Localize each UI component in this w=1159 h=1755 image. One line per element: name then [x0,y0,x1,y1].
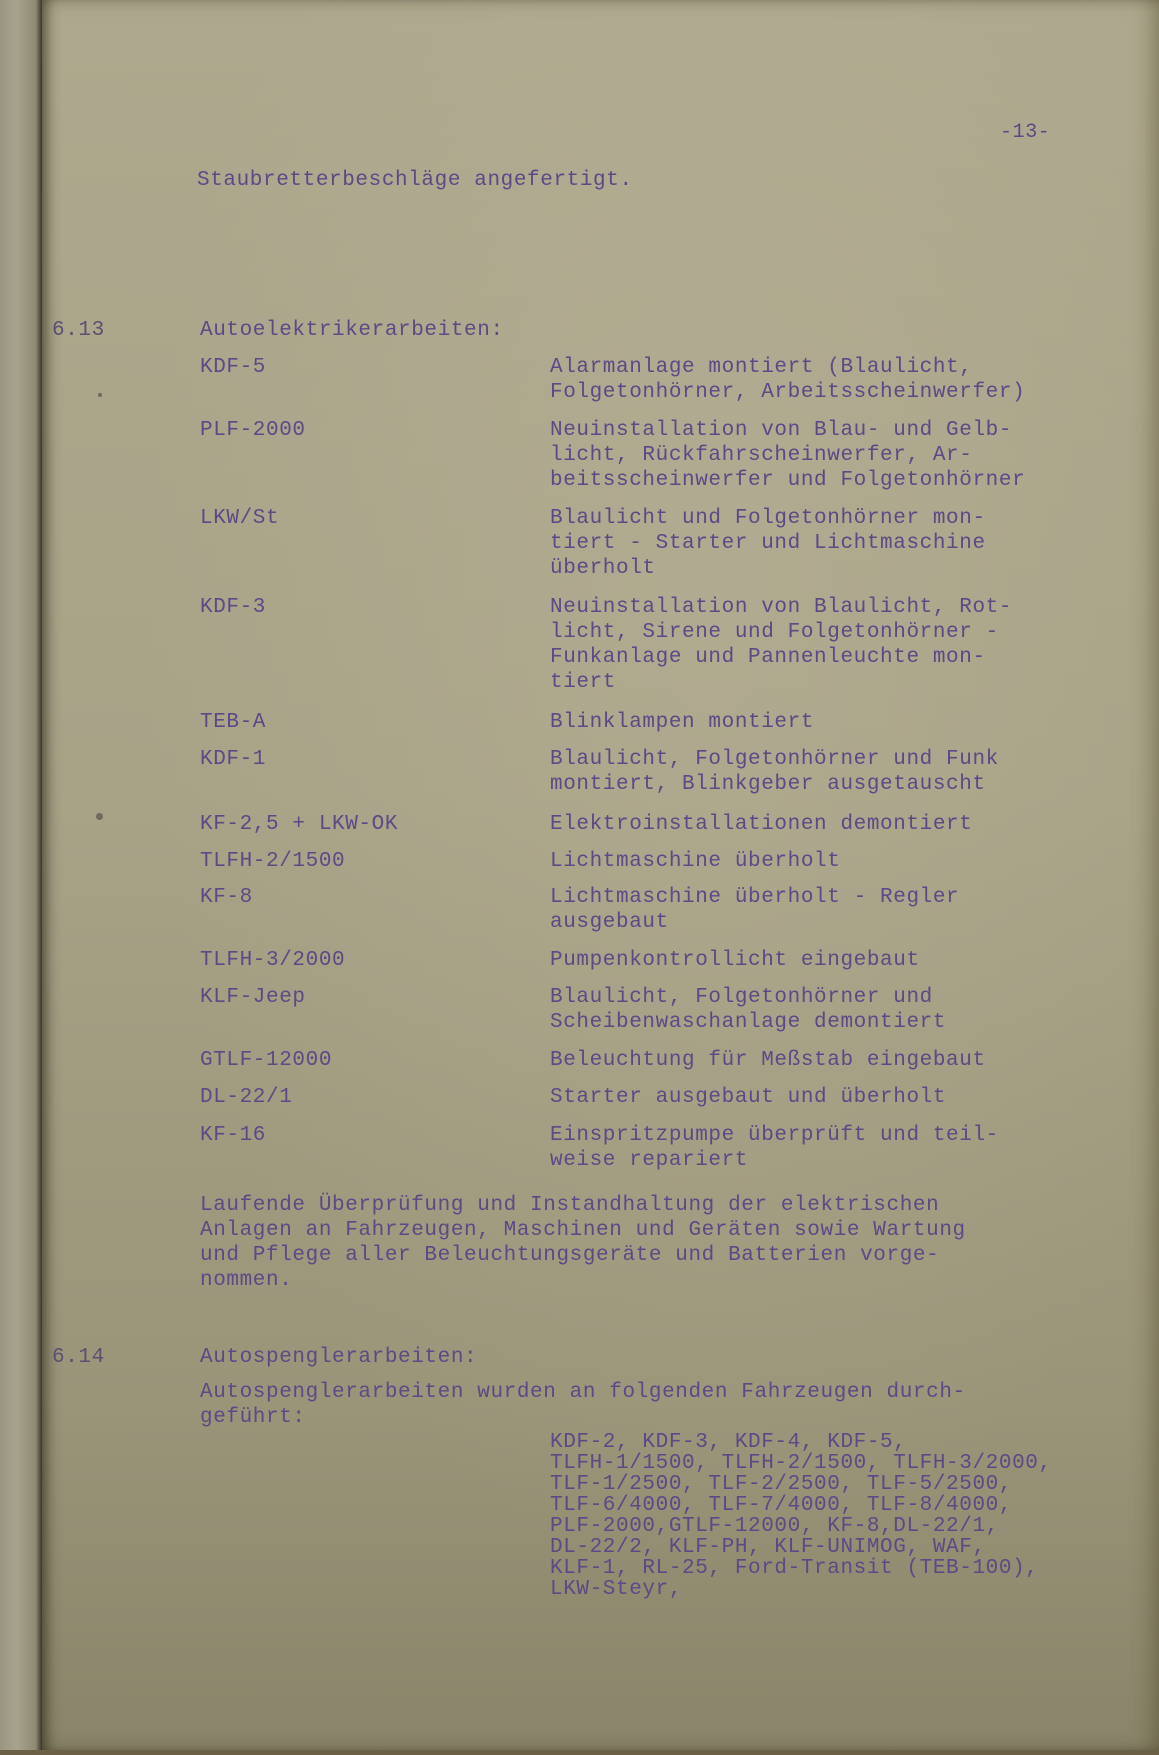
work-description: Scheibenwaschanlage demontiert [550,1010,946,1035]
work-description: Pumpenkontrollicht eingebaut [550,948,920,973]
work-description: beitsscheinwerfer und Folgetonhörner [550,468,1025,493]
section-title: Autoelektrikerarbeiten: [200,318,504,343]
summary-line: nommen. [200,1268,292,1293]
work-description: Einspritzpumpe überprüft und teil- [550,1123,999,1148]
work-description: Blaulicht, Folgetonhörner und Funk [550,747,999,772]
work-description: Starter ausgebaut und überholt [550,1085,946,1110]
section-title: Autospenglerarbeiten: [200,1345,477,1370]
vehicle-code: KF-16 [200,1123,266,1148]
vehicle-code: PLF-2000 [200,418,306,443]
vehicle-code: KF-8 [200,885,253,910]
section-number: 6.14 [52,1345,105,1370]
punch-mark [96,813,103,820]
vehicle-code: LKW/St [200,506,279,531]
work-description: licht, Rückfahrscheinwerfer, Ar- [550,443,972,468]
vehicle-code: GTLF-12000 [200,1048,332,1073]
intro-line: geführt: [200,1405,306,1430]
work-description: Elektroinstallationen demontiert [550,812,972,837]
vehicle-code: KDF-5 [200,355,266,380]
page-number: -13- [1000,120,1050,145]
work-description: licht, Sirene und Folgetonhörner - [550,620,999,645]
work-description: Lichtmaschine überholt [550,849,840,874]
page-bottom-edge [0,1750,1159,1755]
vehicle-code: TLFH-2/1500 [200,849,345,874]
vehicle-code: KF-2,5 + LKW-OK [200,812,398,837]
work-description: überholt [550,556,656,581]
vehicle-code: TEB-A [200,710,266,735]
summary-line: Laufende Überprüfung und Instandhaltung … [200,1193,939,1218]
vehicle-code: KDF-1 [200,747,266,772]
carryover-line: Staubretterbeschläge angefertigt. [197,168,633,193]
vehicle-code: KDF-3 [200,595,266,620]
work-description: tiert [550,670,616,695]
summary-line: und Pflege aller Beleuchtungsgeräte und … [200,1243,939,1268]
work-description: ausgebaut [550,910,669,935]
section-number: 6.13 [52,318,105,343]
work-description: Lichtmaschine überholt - Regler [550,885,959,910]
paper-speck [98,393,102,397]
vehicle-code: TLFH-3/2000 [200,948,345,973]
vehicle-code: KLF-Jeep [200,985,306,1010]
work-description: Blaulicht, Folgetonhörner und [550,985,933,1010]
vehicle-code: DL-22/1 [200,1085,292,1110]
binding-strip [0,0,42,1755]
work-description: Neuinstallation von Blau- und Gelb- [550,418,1012,443]
vehicle-list-line: LKW-Steyr, [550,1577,682,1602]
summary-line: Anlagen an Fahrzeugen, Maschinen und Ger… [200,1218,966,1243]
work-description: Blaulicht und Folgetonhörner mon- [550,506,986,531]
work-description: tiert - Starter und Lichtmaschine [550,531,986,556]
work-description: Blinklampen montiert [550,710,814,735]
work-description: Neuinstallation von Blaulicht, Rot- [550,595,1012,620]
work-description: Alarmanlage montiert (Blaulicht, [550,355,972,380]
work-description: Funkanlage und Pannenleuchte mon- [550,645,986,670]
work-description: Beleuchtung für Meßstab eingebaut [550,1048,986,1073]
intro-line: Autospenglerarbeiten wurden an folgenden… [200,1380,966,1405]
work-description: montiert, Blinkgeber ausgetauscht [550,772,986,797]
work-description: Folgetonhörner, Arbeitsscheinwerfer) [550,380,1025,405]
work-description: weise repariert [550,1148,748,1173]
